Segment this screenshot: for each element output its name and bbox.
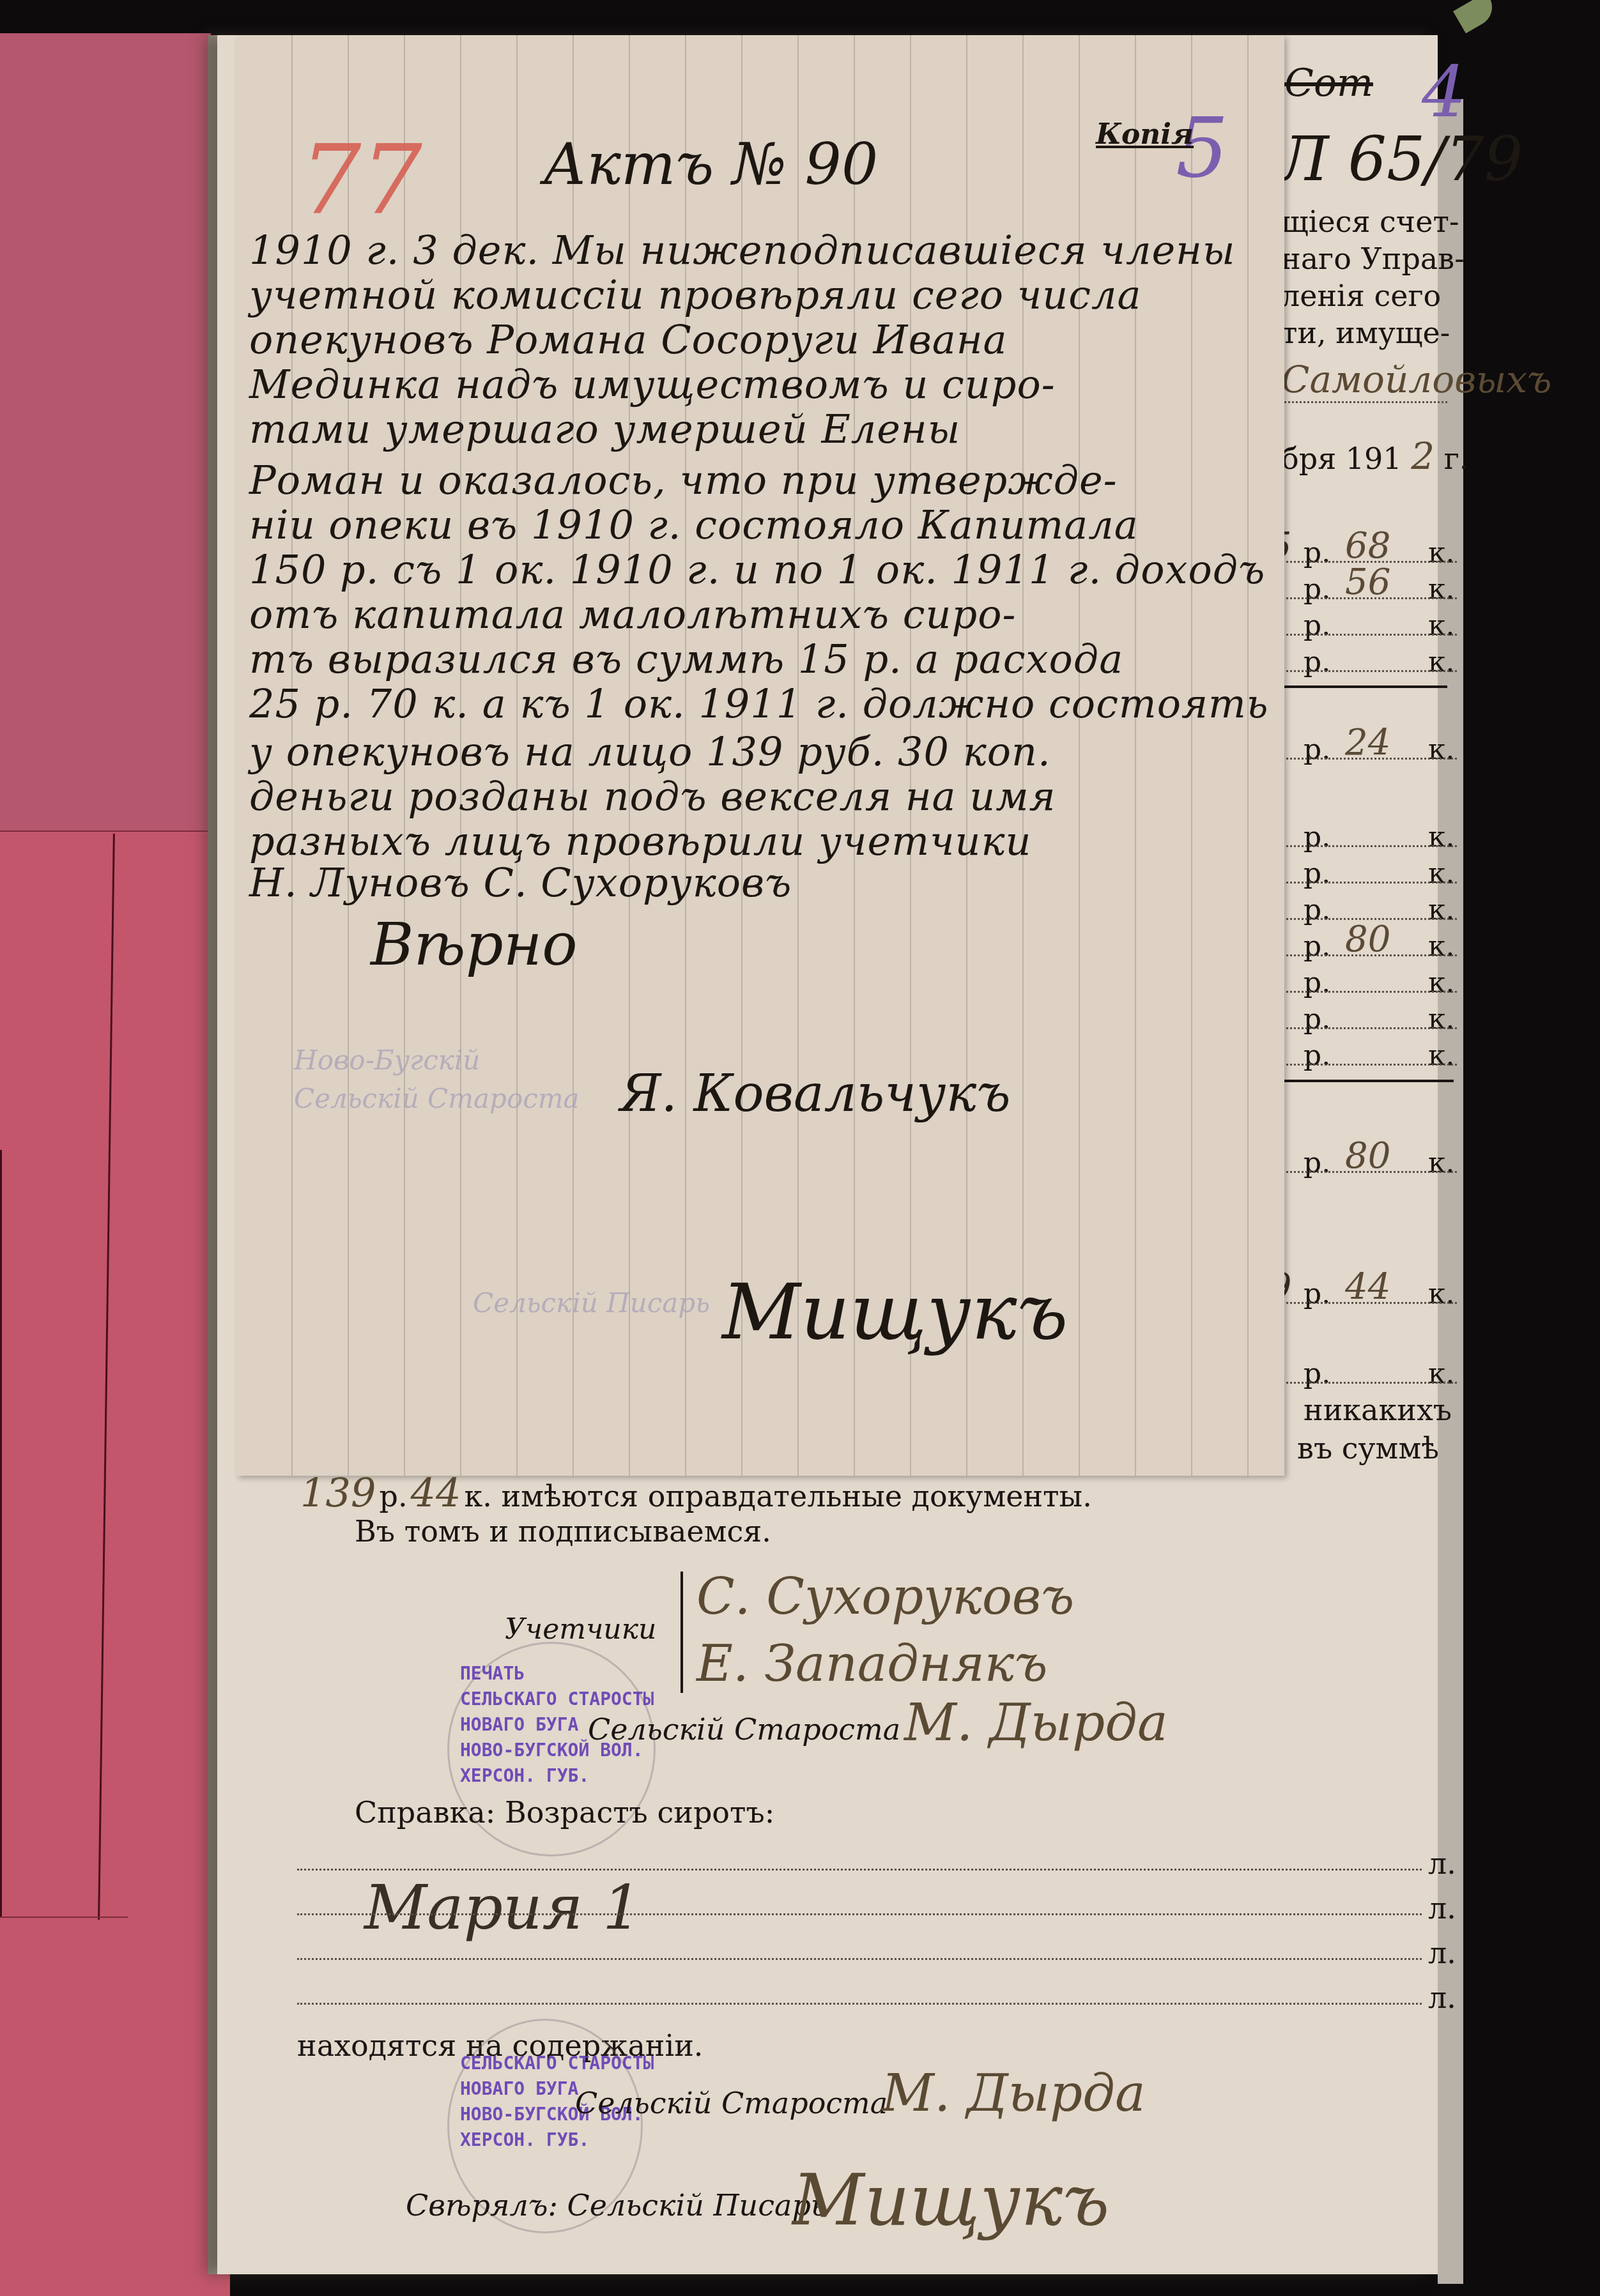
elder-label: Сельскій Староста <box>588 1712 900 1747</box>
note-line: учетной комиссіи провѣряли сего числа <box>249 272 1141 318</box>
purple-archive-number: 4 <box>1422 51 1466 133</box>
rouble-label: р. <box>1304 1278 1330 1310</box>
orphan-line <box>297 2003 1422 2005</box>
ledger-row: р.к. <box>1284 1039 1457 1071</box>
clerk-flourish-signature: Мищукъ <box>722 1268 1068 1357</box>
balance-row: 59р.44к. <box>1284 1278 1457 1310</box>
kopek-label: к. <box>1428 930 1455 963</box>
date-suffix: г. <box>1444 441 1469 476</box>
rouble-label: р. <box>379 1479 407 1513</box>
orphan-line <box>297 1869 1422 1871</box>
kopek-label: к. <box>1428 894 1455 926</box>
ledger-row: р.к. <box>1284 609 1457 641</box>
rouble-label: р. <box>1304 537 1330 569</box>
auditor-signature-1: С. Сухоруковъ <box>696 1568 1074 1626</box>
orphan-line <box>297 1913 1422 1915</box>
auditors-label: Учетчики <box>505 1613 656 1646</box>
stamp-line: ХЕРСОН. ГУБ. <box>460 2127 654 2153</box>
stamp-line: СЕЛЬСКАГО СТАРОСТЫ <box>460 2051 654 2076</box>
rouble-label: р. <box>1304 609 1330 642</box>
justification-text: к. имѣются оправдательные документы. <box>465 1479 1092 1513</box>
handwritten-note-sheet: 77 5 Актъ № 90 Копія 1910 г. 3 дек. Мы н… <box>236 35 1284 1476</box>
stamp-line: СЕЛЬСКАГО СТАРОСТЫ <box>460 1687 654 1712</box>
kopek-label: к. <box>1428 646 1455 678</box>
note-line: Мединка надъ имуществомъ и сиро- <box>249 361 1056 408</box>
kopek-label: к. <box>1428 967 1455 999</box>
orphan-name-age: Мария 1 <box>364 1872 642 1943</box>
elder-signature: М. Дырда <box>904 1693 1168 1752</box>
age-unit: л. <box>1428 1936 1456 1970</box>
ghost-stamp-line-1: Ново-Бугскій <box>294 1045 480 1076</box>
kopek-label: к. <box>1428 857 1455 890</box>
ledger-row: р.к. <box>1284 646 1457 678</box>
form-header-line-1: щіеся счет- <box>1281 204 1459 239</box>
form-header-line-4: ти, имуще- <box>1281 316 1450 350</box>
subtotal-row: 0р.24к. <box>1284 733 1457 765</box>
note-line: ніи опеки въ 1910 г. состояло Капитала <box>249 501 1139 548</box>
orphan-line <box>297 1958 1422 1960</box>
kopek-label: к. <box>1428 733 1455 766</box>
pink-folder-flap <box>0 830 230 2296</box>
kopek-label: к. <box>1428 1147 1455 1179</box>
ledger-row: р.80к. <box>1284 930 1457 962</box>
kopek-label: к. <box>1428 609 1455 642</box>
note-line: опекуновъ Романа Сосоруги Ивана <box>249 316 1008 363</box>
note-line: 1910 г. 3 дек. Мы нижеподписавшіеся член… <box>249 227 1235 273</box>
ledger-row: р.к. <box>1284 1358 1457 1389</box>
ledger-row: р.к. <box>1284 967 1457 999</box>
ledger-row: р.к. <box>1284 821 1457 853</box>
act-title: Актъ № 90 <box>543 131 878 198</box>
age-unit: л. <box>1428 1846 1456 1881</box>
copy-label: Копія <box>1096 118 1194 151</box>
signing-line: Въ томъ и подписываемся. <box>355 1514 771 1549</box>
green-tab <box>1453 0 1499 33</box>
justified-rub: 139 <box>300 1469 376 1516</box>
form-header-line-3: ленія сего <box>1281 279 1441 313</box>
kovalchuk-signature: Я. Ковальчукъ <box>620 1064 1011 1123</box>
ghost-stamp-clerk: Сельскій Писарь <box>473 1287 710 1319</box>
kopek-label: к. <box>1428 1003 1455 1036</box>
elder-label-2: Сельскій Староста <box>575 2086 888 2120</box>
red-pencil-number: 77 <box>300 125 422 236</box>
justification-line: 139 р. 44 к. имѣются оправдательные доку… <box>300 1469 1419 1516</box>
note-line: у опекуновъ на лицо 139 руб. 30 коп. <box>249 728 1051 775</box>
folder-fold-line <box>0 830 211 832</box>
clerk-signature: Мищукъ <box>792 2159 1109 2241</box>
rouble-label: р. <box>1304 646 1330 678</box>
in-sum-text: въ суммѣ <box>1297 1431 1439 1466</box>
note-line: тами умершаго умершей Елены <box>249 406 960 452</box>
rouble-label: р. <box>1304 967 1330 999</box>
date-printed-text: бря 191 <box>1281 441 1402 476</box>
elder-signature-2: М. Дырда <box>882 2063 1146 2123</box>
kopek-label: к. <box>1428 537 1455 569</box>
subtotal-rule <box>1281 685 1447 688</box>
rouble-label: р. <box>1304 857 1330 890</box>
clerk-label: Свѣрялъ: Сельскій Писарь <box>406 2188 827 2223</box>
stamp-line: ПЕЧАТЬ <box>460 1661 654 1687</box>
date-printed: бря 191 2 г. <box>1281 434 1468 478</box>
ledger-row: р.к. <box>1284 1003 1457 1035</box>
rouble-label: р. <box>1304 894 1330 926</box>
rouble-label: р. <box>1304 733 1330 766</box>
form-header-line-2: наго Управ- <box>1281 241 1465 276</box>
folder-divider <box>0 1917 128 1918</box>
kopek-label: к. <box>1428 1039 1455 1072</box>
folio-number: Л 65/79 <box>1278 125 1523 195</box>
rouble-label: р. <box>1304 821 1330 853</box>
kopek-label: к. <box>1428 1278 1455 1310</box>
auditor-signature-2: Е. Западнякъ <box>696 1635 1047 1693</box>
age-unit: л. <box>1428 1891 1456 1925</box>
kopek-label: к. <box>1428 573 1455 606</box>
justified-kop: 44 <box>411 1469 461 1516</box>
ledger-row: р.к. <box>1284 857 1457 889</box>
ledger-row: р.56к. <box>1284 573 1457 605</box>
orphans-reference-label: Справка: Возрастъ сиротъ: <box>355 1795 774 1830</box>
fill-line <box>1281 401 1447 403</box>
note-line: разныхъ лицъ провѣрили учетчики <box>249 818 1031 864</box>
stamp-line: ХЕРСОН. ГУБ. <box>460 1763 654 1789</box>
kopek-label: к. <box>1428 1358 1455 1390</box>
handwritten-family-name: Самойловыхъ <box>1281 358 1552 401</box>
note-line: 25 р. 70 к. а къ 1 ок. 1911 г. должно со… <box>249 680 1269 727</box>
kopek-label: к. <box>1428 821 1455 853</box>
rouble-label: р. <box>1304 1003 1330 1036</box>
ghost-stamp-line-2: Сельскій Староста <box>294 1083 580 1114</box>
verified-mark: Вѣрно <box>371 910 578 979</box>
auditors-bracket <box>681 1572 683 1693</box>
rouble-label: р. <box>1304 1358 1330 1390</box>
folder-edge <box>0 1150 2 1917</box>
note-line: Роман и оказалось, что при утвержде- <box>249 457 1118 503</box>
pink-folder-cover <box>0 33 211 851</box>
note-line: тъ выразился въ суммѣ 15 р. а расхода <box>249 636 1123 682</box>
rouble-label: р. <box>1304 930 1330 963</box>
rouble-label: р. <box>1304 1039 1330 1072</box>
subtotal-rule <box>1281 1080 1454 1082</box>
crossed-mark: Сот <box>1284 61 1373 105</box>
no-any-text: никакихъ <box>1304 1393 1452 1427</box>
subtotal-row: р.80к. <box>1284 1147 1457 1179</box>
note-line: Н. Луновъ С. Сухоруковъ <box>249 859 792 906</box>
rouble-label: р. <box>1304 573 1330 606</box>
date-year-handwritten: 2 <box>1411 434 1435 478</box>
rouble-label: р. <box>1304 1147 1330 1179</box>
note-line: 150 р. съ 1 ок. 1910 г. и по 1 ок. 1911 … <box>249 546 1265 593</box>
note-line: отъ капитала малолѣтнихъ сиро- <box>249 591 1016 638</box>
age-unit: л. <box>1428 1980 1456 2015</box>
note-line: деньги розданы подъ векселя на имя <box>249 773 1056 820</box>
